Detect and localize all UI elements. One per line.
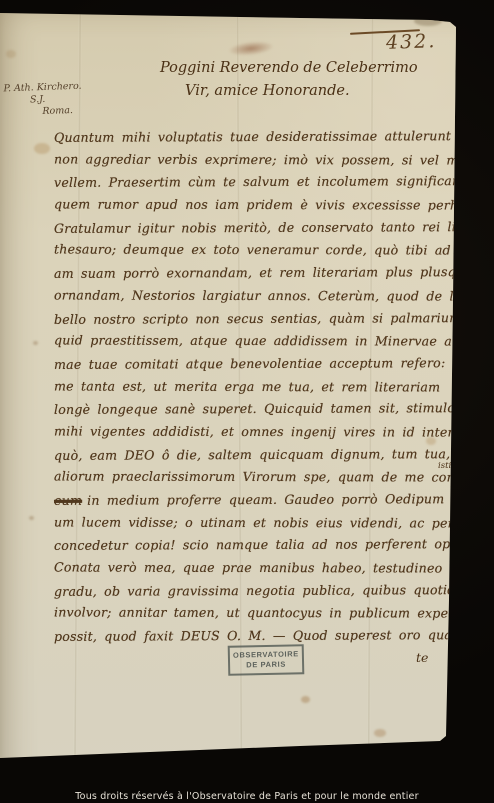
handwritten-line: aliorum praeclarissimorum Virorum spe, q…: [54, 469, 454, 493]
handwritten-line: mae tuae comitati atque benevolentiae ac…: [54, 355, 454, 379]
stain: [29, 516, 34, 520]
stain: [33, 341, 38, 345]
scan-background: 432. P. Ath. Kirchero. S.J. Roma. Poggin…: [0, 0, 494, 800]
handwritten-line: ornandam, Nestorios largiatur annos. Cet…: [54, 287, 454, 311]
handwritten-line: longè longeque sanè superet. Quicquid ta…: [54, 400, 454, 424]
handwritten-line: Conata verò mea, quae prae manibus habeo…: [54, 560, 454, 584]
handwritten-line: quid praestitissem, atque quae addidisse…: [54, 333, 454, 357]
stain: [6, 50, 16, 58]
stain: [414, 16, 442, 26]
handwritten-line: me tanta est, ut merita erga me tua, et …: [54, 378, 454, 402]
interlinear-insertion: isti: [438, 461, 451, 471]
handwritten-line: bello nostro scripto non secus sentias, …: [54, 310, 454, 334]
handwritten-line-text: in medium proferre queam. Gaudeo porrò O…: [87, 491, 470, 508]
copyright-text: Tous droits réservés à l'Observatoire de…: [75, 791, 418, 800]
page-number: 432.: [386, 30, 437, 54]
catchword: te: [416, 650, 428, 665]
handwritten-line: thesauro; deumque ex toto veneramur cord…: [54, 242, 454, 266]
handwritten-line: um lucem vidisse; o utinam et nobis eius…: [54, 514, 454, 538]
archive-stamp: OBSERVATOIRE DE PARIS: [228, 644, 305, 676]
footer-bar: Tous droits réservés à l'Observatoire de…: [0, 784, 494, 800]
handwritten-line: involvor; annitar tamen, ut quantocyus i…: [54, 605, 454, 629]
handwritten-line: Quantum mihi voluptatis tuae desideratis…: [54, 128, 454, 152]
handwritten-line: non aggrediar verbis exprimere; imò vix …: [54, 151, 454, 175]
margin-note: P. Ath. Kirchero. S.J. Roma.: [3, 81, 82, 120]
stain: [34, 143, 50, 154]
handwritten-line: Gratulamur igitur nobis meritò, de conse…: [54, 219, 454, 243]
handwritten-line: gradu, ob varia gravissima negotia publi…: [54, 582, 454, 606]
manuscript-page: 432. P. Ath. Kirchero. S.J. Roma. Poggin…: [0, 0, 494, 800]
handwritten-line: vellem. Praesertim cùm te salvum et inco…: [54, 174, 454, 198]
handwritten-line: quem rumor apud nos iam pridem è vivis e…: [54, 197, 454, 221]
letter-body: Quantum mihi voluptatis tuae desideratis…: [54, 129, 454, 651]
handwritten-line: quò, eam DEO ô die, saltem quicquam dign…: [54, 446, 454, 470]
stain: [301, 696, 310, 703]
handwritten-line: mihi vigentes addidisti, et omnes ingeni…: [54, 423, 454, 447]
struck-word: eum: [54, 493, 82, 508]
letter-heading-line: Poggini Reverendo de Celeberrimo: [160, 60, 418, 76]
handwritten-line: am suam porrò exornandam, et rem literar…: [54, 264, 454, 288]
handwritten-line: concedetur copia! scio namque talia ad n…: [54, 537, 454, 561]
archive-stamp-line: DE PARIS: [230, 659, 302, 671]
handwritten-line: eumin medium proferre queam. Gaudeo porr…: [54, 491, 454, 515]
letter-heading-line: Vir, amice Honorande.: [185, 83, 350, 99]
margin-note-line: Roma.: [42, 105, 82, 118]
stain: [374, 729, 386, 737]
